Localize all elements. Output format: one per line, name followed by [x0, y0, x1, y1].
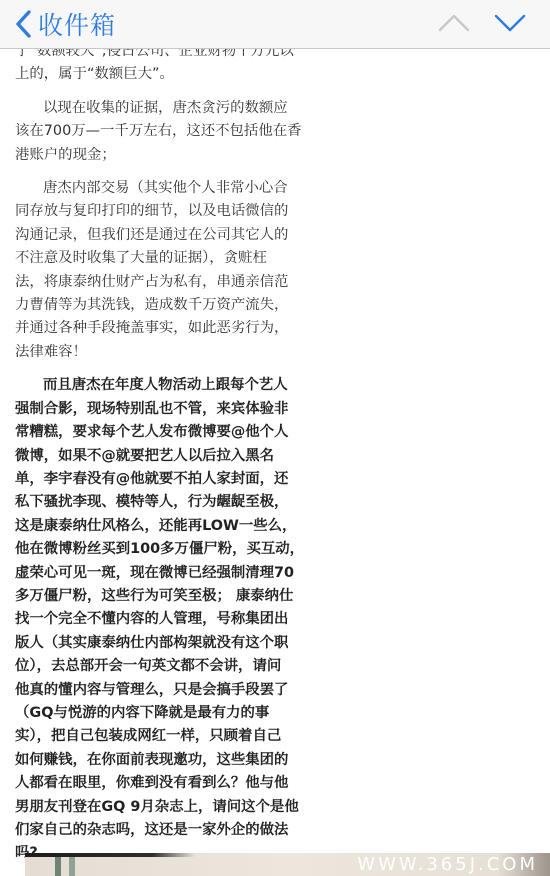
paragraph-2: 以现在收集的证据，唐杰贪污的数额应 该在700万—一千万左右，这还不包括他在香 … [15, 97, 275, 167]
text-line: 他真的懂内容与管理么，只是会搞手段罢了 [15, 679, 275, 702]
text-line: 这是康泰纳仕风格么，还能再LOW一些么， [15, 515, 275, 538]
navigation-bar: 收件箱 [0, 0, 550, 49]
text-line: 多万僵尸粉，这些行为可笑至极； 康泰纳仕 [15, 585, 275, 608]
text-line: 单，李宇春没有@他就要不拍人家封面，还 [15, 468, 275, 491]
text-line: 该在700万—一千万左右，这还不包括他在香 [15, 120, 275, 143]
text-line: 微博，如果不@就要把艺人以后拉入黑名 [15, 445, 275, 468]
text-line: 而且唐杰在年度人物活动上跟每个艺人 [15, 374, 275, 397]
photo-detail [69, 857, 75, 876]
text-line: 他在微博粉丝买到100多万僵尸粉，买互动， [15, 538, 275, 561]
attached-photo[interactable]: WWW.365J.COM [25, 853, 550, 876]
next-message-button[interactable] [493, 8, 527, 38]
text-line: 常糟糕，要求每个艺人发布微博要@他个人 [15, 421, 275, 444]
text-line: 们家自己的杂志吗，这还是一家外企的做法 [15, 819, 275, 842]
text-line: 版人（其实康泰纳仕内部构架就没有这个职 [15, 632, 275, 655]
watermark: WWW.365J.COM [357, 854, 538, 875]
text-line: 唐杰内部交易（其实他个人非常小心合 [15, 177, 275, 200]
photo-edge [25, 853, 195, 857]
text-line: 不注意及时收集了大量的证据），贪赃枉 [15, 247, 275, 270]
text-line: 法律难容！ [15, 341, 275, 364]
text-line: 上的，属于“数额巨大”。 [15, 63, 275, 86]
text-line: 实），把自己包装成网红一样，只顾着自己 [15, 725, 275, 748]
paragraph-4: 而且唐杰在年度人物活动上跟每个艺人 强制合影，现场特别乱也不管，来宾体验非 常糟… [15, 374, 275, 866]
back-label: 收件箱 [38, 6, 116, 42]
text-line: 力曹倩等为其洗钱，造成数千万资产流失， [15, 294, 275, 317]
text-line: 强制合影，现场特别乱也不管，来宾体验非 [15, 398, 275, 421]
photo-detail [55, 857, 61, 876]
previous-message-button[interactable] [437, 8, 471, 38]
paragraph-3: 唐杰内部交易（其实他个人非常小心合 同存放与复印打印的细节，以及电话微信的 沟通… [15, 177, 275, 364]
email-body: 于“数额较大”;侵占公司、企业财物十万元以 上的，属于“数额巨大”。 以现在收集… [15, 40, 275, 876]
chevron-down-icon [496, 16, 524, 30]
text-line: 法，将康泰纳仕财产占为私有，串通亲信范 [15, 271, 275, 294]
text-line: 虚荣心可见一斑，现在微博已经强制清理70 [15, 562, 275, 585]
text-line: 如何赚钱，在你面前表现邀功，这些集团的 [15, 749, 275, 772]
text-line: 沟通记录，但我们还是通过在公司其它人的 [15, 224, 275, 247]
text-line: 男朋友刊登在GQ 9月杂志上，请问这个是他 [15, 796, 275, 819]
text-line: 位），去总部开会一句英文都不会讲，请问 [15, 655, 275, 678]
chevron-left-icon [14, 9, 34, 39]
text-line: 人都看在眼里，你难到没有看到么？他与他 [15, 772, 275, 795]
chevron-up-icon [440, 16, 468, 30]
text-line: （GQ与悦游的内容下降就是最有力的事 [15, 702, 275, 725]
text-line: 私下骚扰李现、模特等人，行为龌龊至极， [15, 491, 275, 514]
text-line: 以现在收集的证据，唐杰贪污的数额应 [15, 97, 275, 120]
back-to-inbox-button[interactable]: 收件箱 [14, 4, 116, 44]
text-line: 并通过各种手段掩盖事实，如此恶劣行为， [15, 317, 275, 340]
text-line: 找一个完全不懂内容的人管理，号称集团出 [15, 608, 275, 631]
text-line: 港账户的现金； [15, 144, 275, 167]
text-line: 同存放与复印打印的细节，以及电话微信的 [15, 200, 275, 223]
